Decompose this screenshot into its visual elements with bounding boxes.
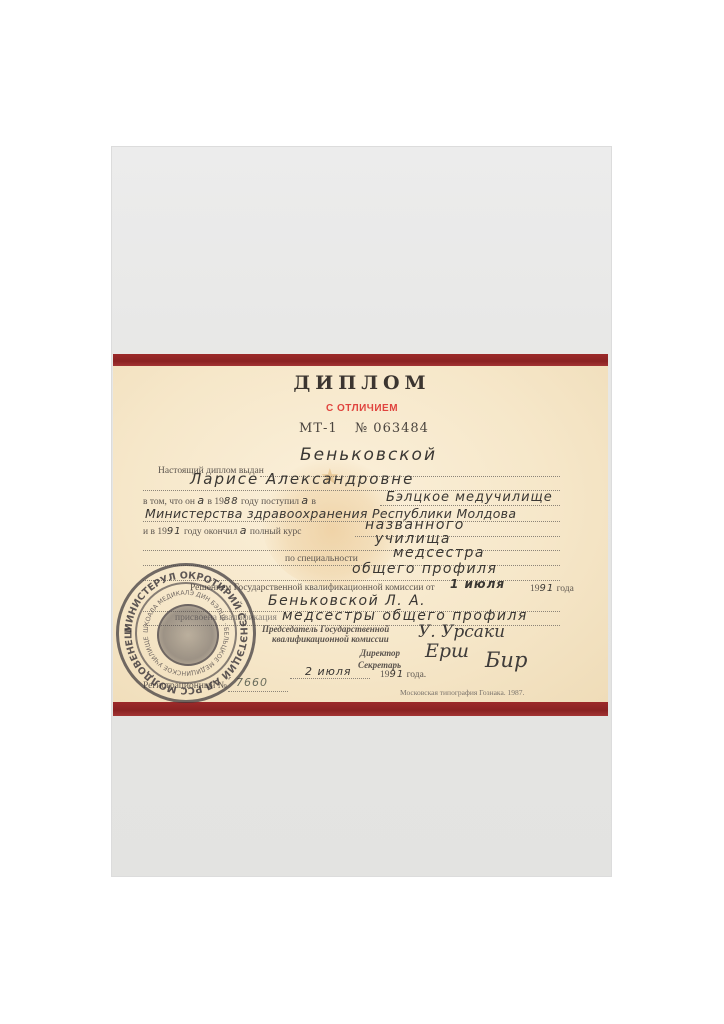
commission-year: 1991 года: [530, 583, 574, 594]
institution-line-2: [143, 521, 560, 522]
number-sign: №: [355, 421, 368, 436]
graduated-label: и в 1991 году окончил а полный курс: [143, 524, 301, 537]
diploma-title: ДИПЛОМ: [0, 372, 724, 394]
director-label: Директор: [360, 648, 400, 658]
specialty-handwritten-line2: общего профиля: [352, 561, 497, 577]
diploma-number: 063484: [373, 421, 429, 436]
seal-text-ring: МИНИСТЕРУЛ ОКРОТИРИЙ СЭНЭТЭЦИЙ АЛ РСС МО…: [119, 566, 253, 700]
chairman-label-2: квалификационной комиссии: [272, 634, 389, 644]
specialty-handwritten-line1: медсестра: [393, 545, 485, 561]
issue-date-line: [290, 678, 370, 679]
course-line-2: [143, 550, 560, 551]
commission-date-handwritten: 1 июля: [450, 577, 505, 591]
surname-handwritten: Беньковской: [300, 445, 437, 465]
given-names-handwritten: Ларисе Александровне: [190, 470, 414, 488]
chairman-signature: У. Урсаки: [418, 622, 505, 642]
secretary-signature: Бир: [485, 648, 527, 672]
director-signature: Ерш: [425, 640, 469, 662]
diploma-bottom-cover-band: [113, 702, 608, 716]
chairman-label-1: Председатель Государственной: [262, 624, 389, 634]
svg-text:ШКОАЛА МЕДИКАЛЭ ДИН БЭЛЦЬ · БЕ: ШКОАЛА МЕДИКАЛЭ ДИН БЭЛЦЬ · БЕЛЬЦКОЕ МЕД…: [143, 590, 230, 677]
issue-date-handwritten: 2 июля: [305, 665, 352, 678]
printer-imprint: Московская типография Гознака. 1987.: [400, 688, 524, 697]
diploma-subtitle: С ОТЛИЧИЕМ: [0, 403, 724, 414]
diploma-serial: МТ-1 № 063484: [0, 421, 724, 436]
issue-year: 1991 года.: [380, 669, 426, 680]
institution-handwritten-line1: Бэлцкое медучилище: [386, 490, 553, 505]
awardee-handwritten: Беньковской Л. А.: [268, 593, 426, 609]
diploma-top-cover-band: [113, 354, 608, 366]
series: МТ-1: [299, 421, 338, 436]
official-round-seal-icon: МИНИСТЕРУЛ ОКРОТИРИЙ СЭНЭТЭЦИЙ АЛ РСС МО…: [116, 563, 256, 703]
specialty-label: по специальности: [285, 554, 358, 564]
